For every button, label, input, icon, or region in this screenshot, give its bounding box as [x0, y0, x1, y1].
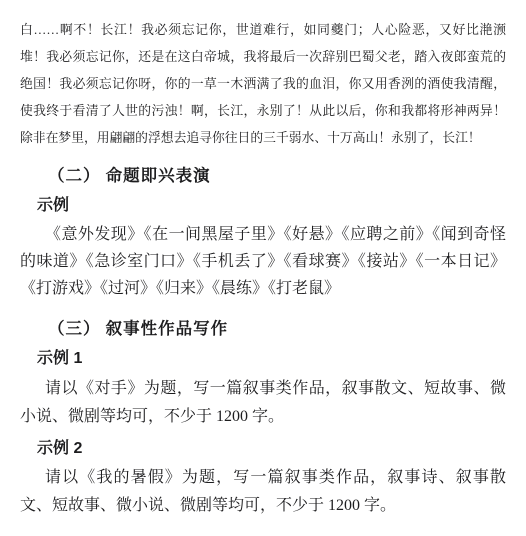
example-2-paragraph: 请以《我的暑假》为题，写一篇叙事类作品，叙事诗、叙事散文、短故事、微小说、微剧等…	[20, 464, 506, 519]
section-3-example-2-label: 示例 2	[20, 438, 506, 460]
section-2-example-label: 示例	[20, 195, 506, 217]
example-1-paragraph: 请以《对手》为题，写一篇叙事类作品，叙事散文、短故事、微小说、微剧等均可，不少于…	[20, 375, 506, 430]
document-page: 白……啊不！长江！我必须忘记你，世道难行，如同夔门；人心险恶，又好比滟滪堆！我必…	[0, 0, 526, 536]
monologue-paragraph: 白……啊不！长江！我必须忘记你，世道难行，如同夔门；人心险恶，又好比滟滪堆！我必…	[20, 17, 506, 152]
section-2-heading: （二） 命题即兴表演	[20, 165, 506, 187]
section-3-example-1-label: 示例 1	[20, 348, 506, 370]
section-3-heading: （三） 叙事性作品写作	[20, 318, 506, 340]
improv-titles-paragraph: 《意外发现》《在一间黑屋子里》《好悬》《应聘之前》《闻到奇怪的味道》《急诊室门口…	[20, 221, 506, 302]
